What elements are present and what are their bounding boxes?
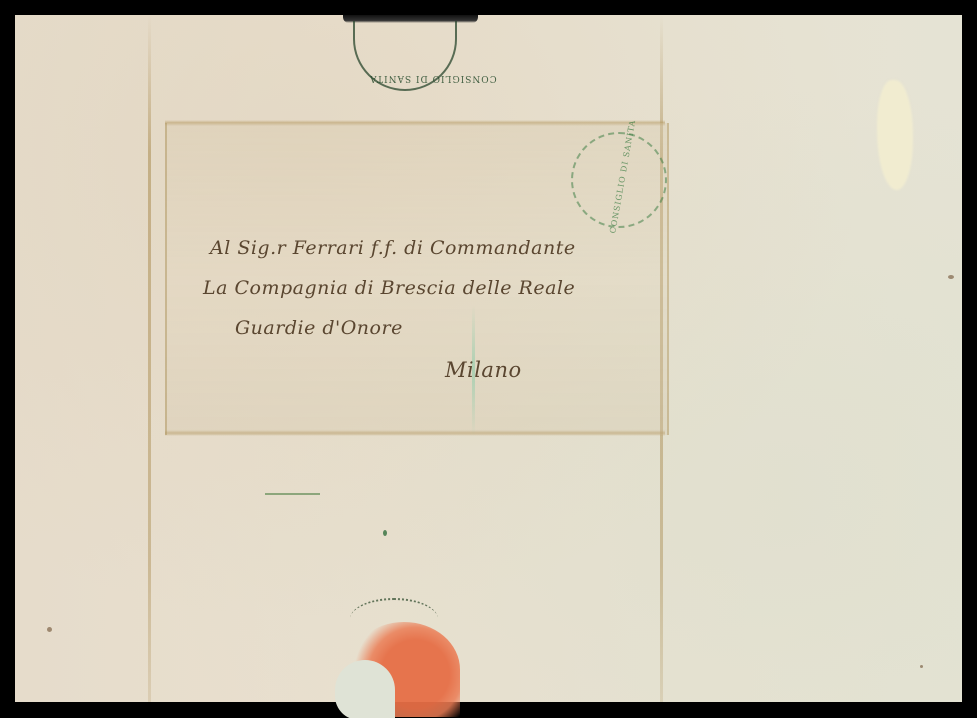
green-spot xyxy=(383,530,387,536)
green-ink-mark xyxy=(265,493,320,495)
address-line-2: La Compagnia di Brescia delle Reale xyxy=(203,277,575,299)
top-seal-text: CONSIGLIO DI SANITA xyxy=(369,73,497,83)
ink-spot xyxy=(920,665,923,668)
letter-paper: CONSIGLIO DI SANITA CONSIGLIO DI SANITA … xyxy=(15,15,962,702)
ink-spot xyxy=(47,627,52,632)
paper-stain xyxy=(877,80,913,190)
green-ink-streak xyxy=(472,305,475,435)
ink-spot xyxy=(948,275,954,279)
right-seal-stamp: CONSIGLIO DI SANITA xyxy=(571,132,667,228)
fold-line-left xyxy=(148,15,151,702)
address-line-3: Guardie d'Onore xyxy=(235,317,403,339)
seal-worn-area xyxy=(335,660,395,718)
address-line-1: Al Sig.r Ferrari f.f. di Commandante xyxy=(210,237,576,259)
top-seal-stamp: CONSIGLIO DI SANITA xyxy=(353,21,457,91)
destination-city: Milano xyxy=(445,358,522,382)
right-seal-text: CONSIGLIO DI SANITA xyxy=(608,119,637,234)
